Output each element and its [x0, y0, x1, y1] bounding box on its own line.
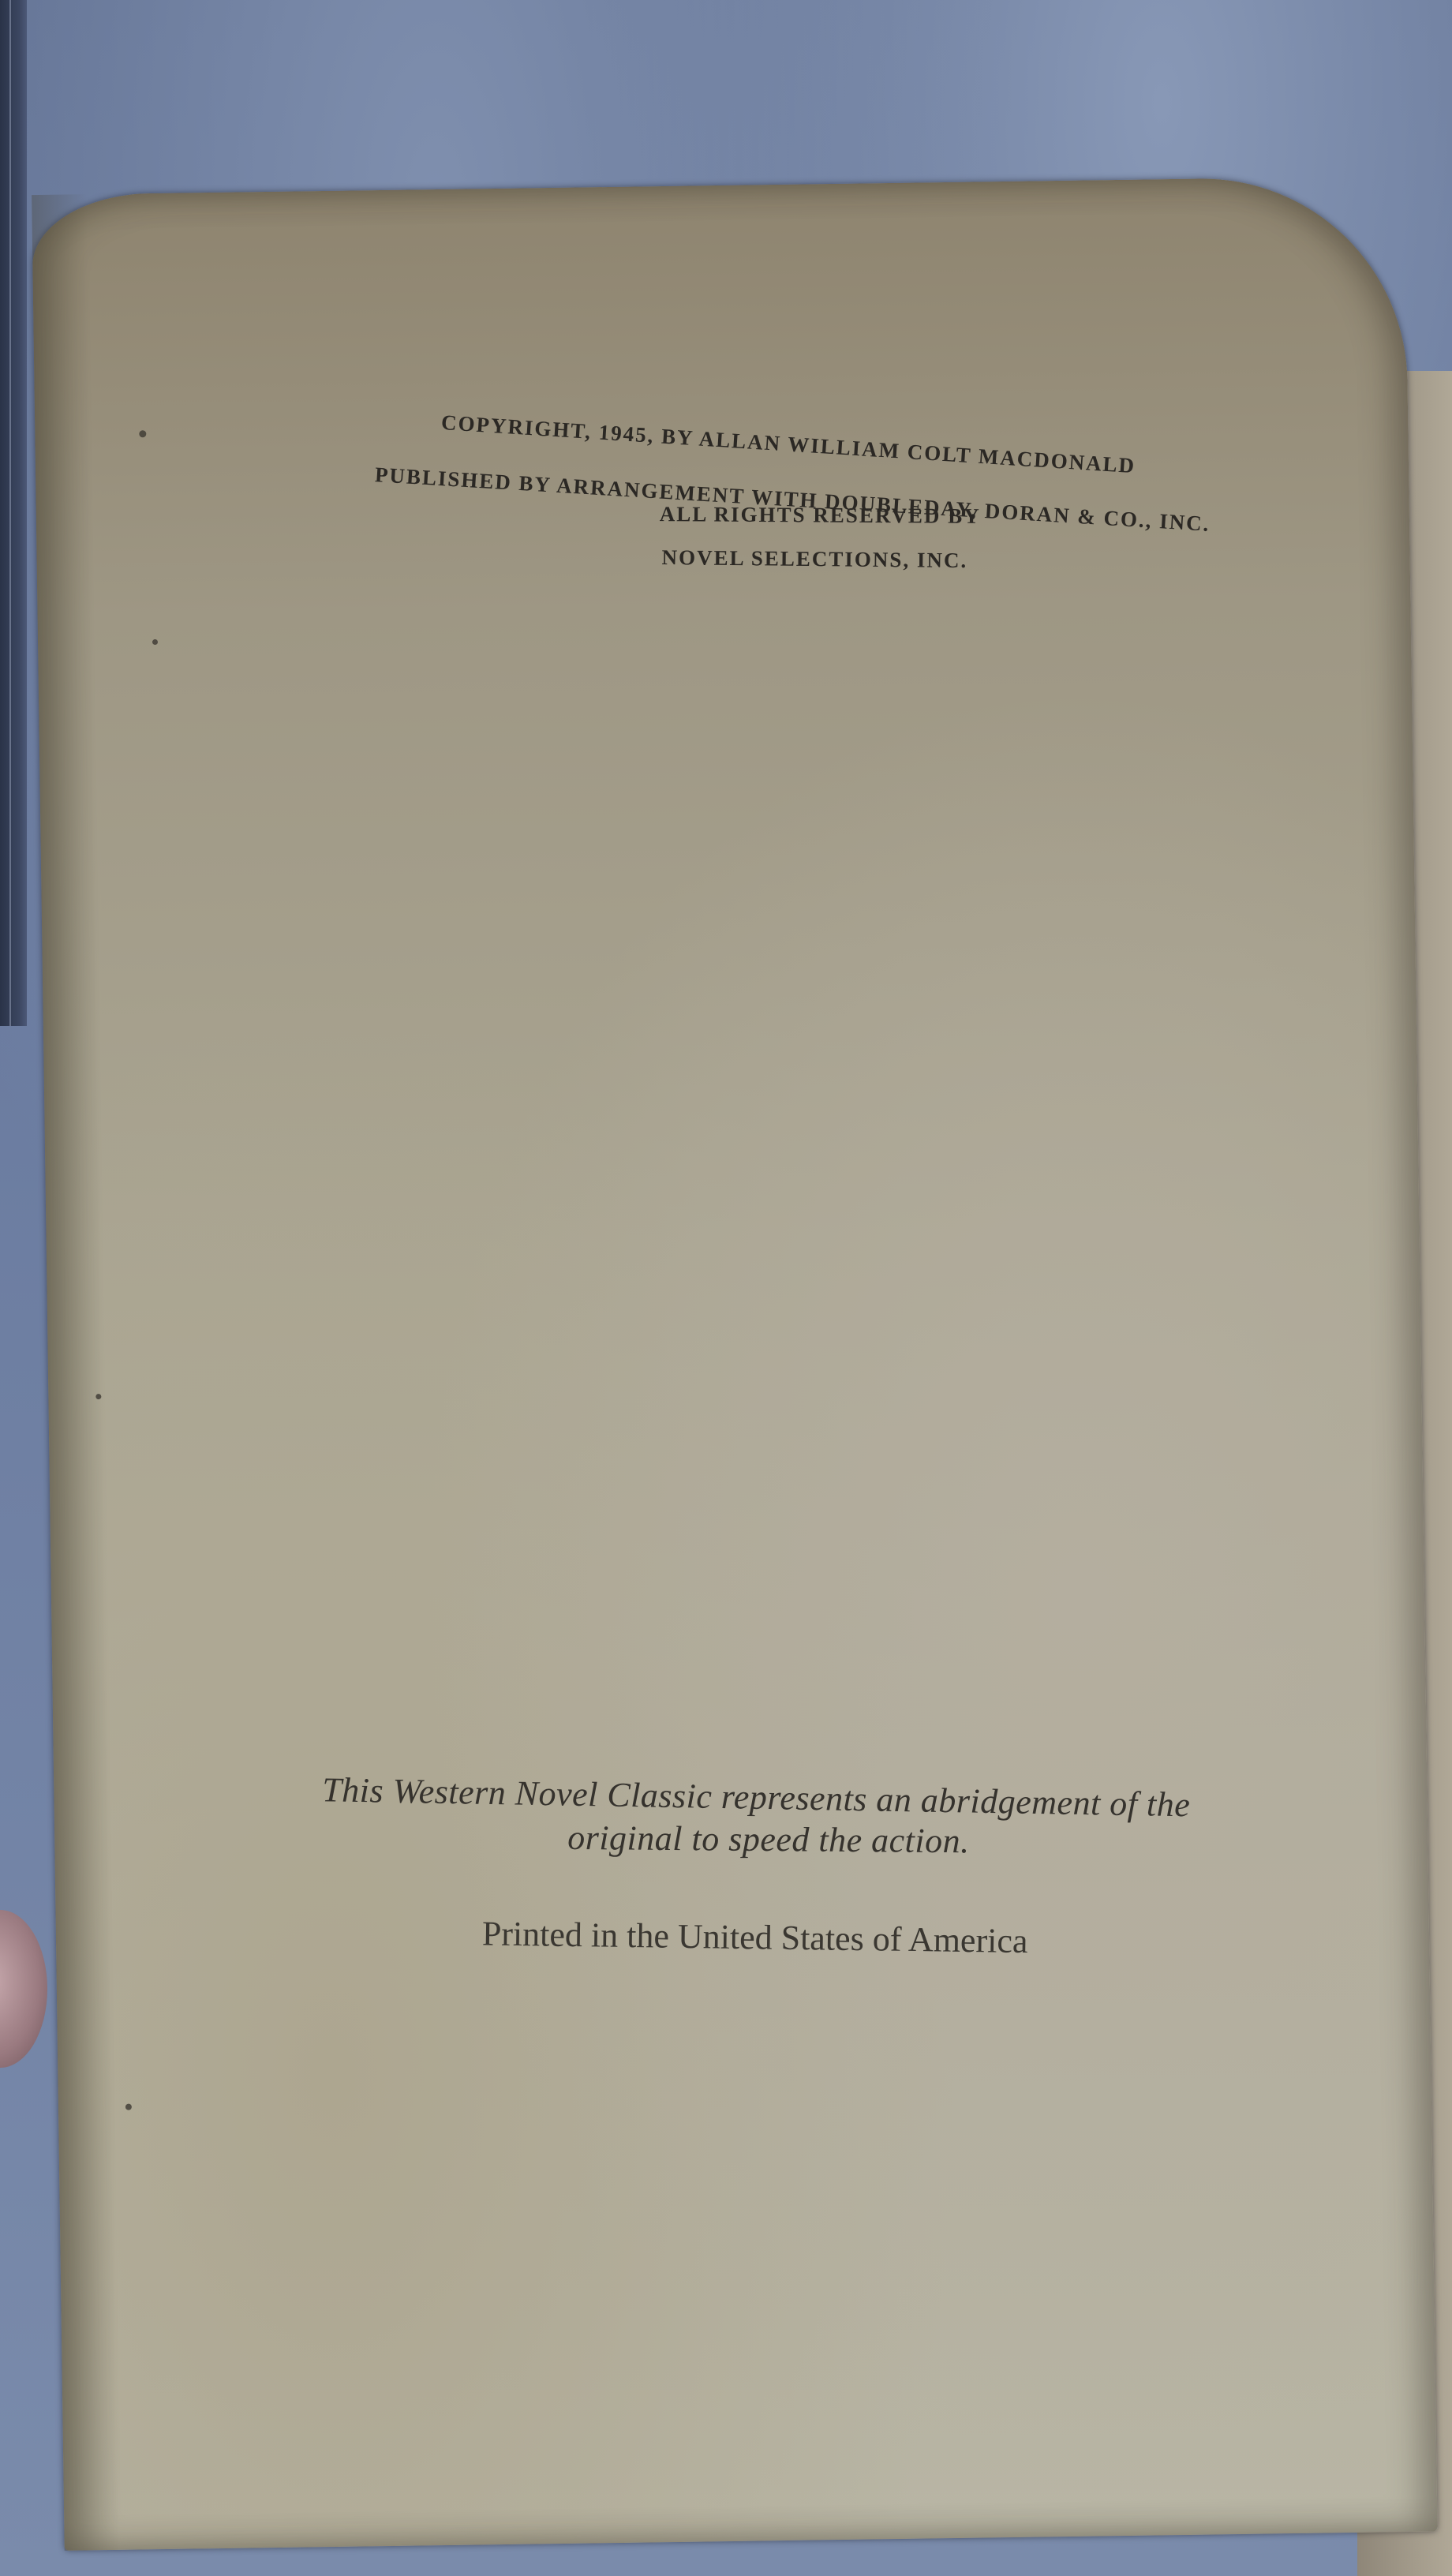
rights-reserved-line: ALL RIGHTS RESERVED BY	[660, 502, 981, 529]
book-cover-edge	[0, 0, 27, 1026]
paper-speck	[152, 639, 158, 645]
page-fold-shadow	[32, 194, 120, 2551]
paper-speck	[139, 430, 146, 437]
abridgement-note-line-1: This Western Novel Classic represents an…	[322, 1769, 1191, 1825]
rights-holder-line: NOVEL SELECTIONS, INC.	[661, 545, 967, 573]
paper-speck	[95, 1394, 101, 1399]
thumb	[0, 1910, 47, 2068]
book-page: COPYRIGHT, 1945, BY ALLAN WILLIAM COLT M…	[32, 176, 1438, 2551]
copyright-line: COPYRIGHT, 1945, BY ALLAN WILLIAM COLT M…	[440, 410, 1136, 478]
paper-speck	[125, 2104, 132, 2110]
printed-in-line: Printed in the United States of America	[482, 1913, 1028, 1961]
abridgement-note-line-2: original to speed the action.	[567, 1818, 970, 1861]
